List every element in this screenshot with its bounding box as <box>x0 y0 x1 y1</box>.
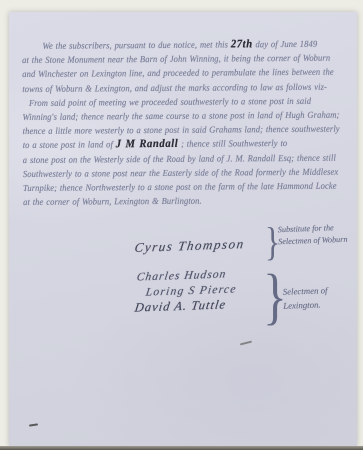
line-text: towns of Woburn & Lexington, and adjust … <box>22 81 327 93</box>
line-text: We the subscribers, pursuant to due noti… <box>42 39 230 50</box>
line-text: ; thence still Southwesterly to <box>178 138 287 149</box>
manuscript-line: thence a little more westerly to a stone… <box>23 122 354 139</box>
line-text: Winning's land; thence nearly the same c… <box>22 110 339 122</box>
line-text: and Winchester on Lexington line, and pr… <box>22 67 334 79</box>
manuscript-paper: We the subscribers, pursuant to due noti… <box>9 12 357 446</box>
scanned-manuscript-page: { "page": { "kind": "handwritten manuscr… <box>0 0 363 450</box>
role-note-lexington: Selectmen of Lexington. <box>283 283 329 313</box>
line-text: Turnpike; thence Northwesterly to a ston… <box>23 181 337 193</box>
signature-charles-hudson: Charles Hudson <box>136 268 227 283</box>
randall-name-text: J M Randall <box>116 138 179 150</box>
line-text: From said point of meeting we proceeded … <box>29 96 311 108</box>
paper-speck <box>29 423 38 426</box>
manuscript-body: We the subscribers, pursuant to due noti… <box>22 37 354 210</box>
line-text: day of June 1849 <box>253 39 318 49</box>
manuscript-line: Turnpike; thence Northwesterly to a ston… <box>23 178 354 195</box>
line-text: at the Stone Monument near the Barn of J… <box>22 53 330 65</box>
role-lexington-line2: Lexington. <box>283 297 328 313</box>
line-text: at the corner of Woburn, Lexington & Bur… <box>23 196 202 207</box>
signature-loring-pierce: Loring S Pierce <box>145 283 238 298</box>
inserted-date-text: 27th <box>231 38 253 50</box>
role-note-woburn: Substitute for the Selectmen of Woburn <box>278 222 348 248</box>
line-text: to a stone post in land of <box>23 140 116 151</box>
signature-cyrus-thompson: Cyrus Thompson <box>134 236 246 256</box>
line-text: thence a little more westerly to a stone… <box>23 124 340 136</box>
paper-speck <box>240 341 252 346</box>
scan-bottom-edge <box>0 446 363 450</box>
line-text: Southwesterly to a stone post near the E… <box>23 166 338 178</box>
line-text: a stone post on the Westerly side of the… <box>23 152 336 164</box>
role-woburn-line2: Selectmen of Woburn <box>278 234 348 248</box>
manuscript-line: at the corner of Woburn, Lexington & Bur… <box>23 193 354 210</box>
role-lexington-line1: Selectmen of <box>283 283 328 299</box>
signature-david-tuttle: David A. Tuttle <box>134 297 227 315</box>
